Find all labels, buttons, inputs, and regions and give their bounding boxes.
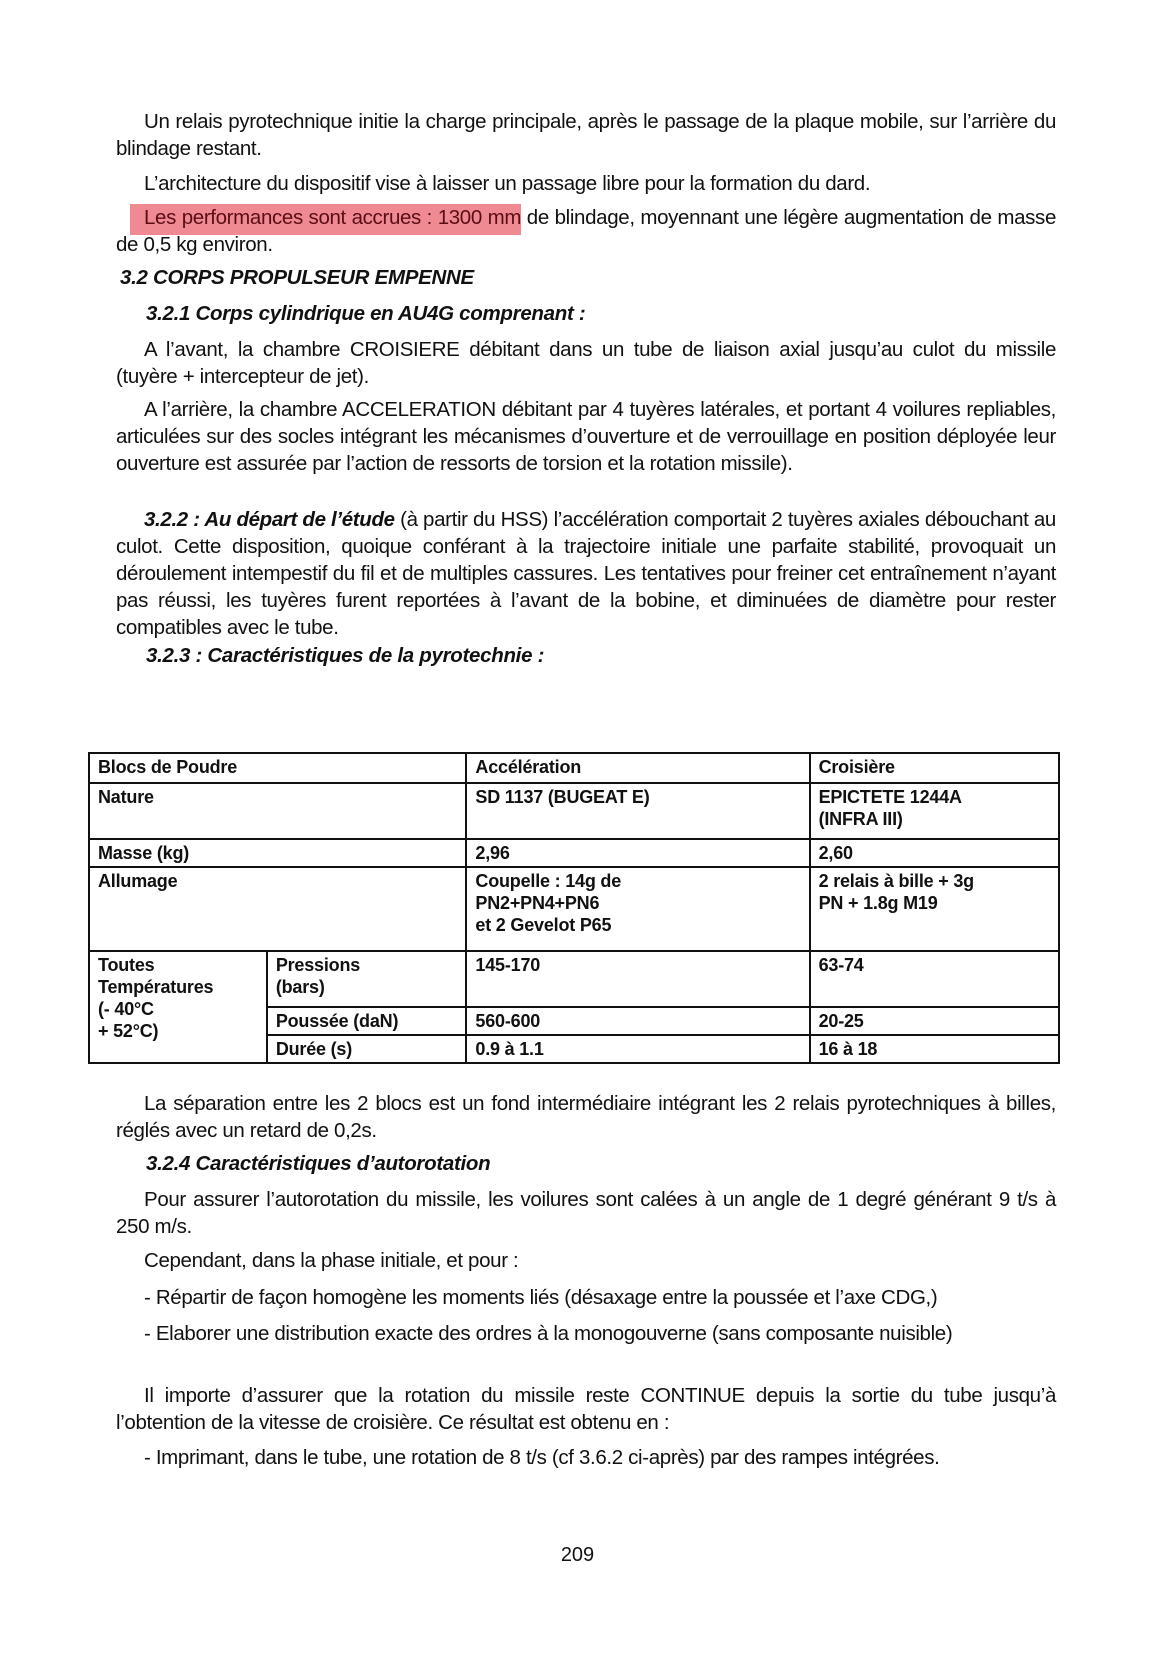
- paragraph-continue: Il importe d’assurer que la rotation du …: [116, 1382, 1056, 1436]
- table-cell: Poussée (daN): [267, 1007, 467, 1035]
- paragraph-separation: La séparation entre les 2 blocs est un f…: [116, 1090, 1056, 1144]
- table-cell: Pressions(bars): [267, 951, 467, 1007]
- table-header-cell: Accélération: [466, 753, 809, 783]
- list-item-imprimant: - Imprimant, dans le tube, une rotation …: [116, 1444, 1056, 1471]
- table-cell: 2 relais à bille + 3gPN + 1.8g M19: [810, 867, 1059, 951]
- table-cell: 0.9 à 1.1: [466, 1035, 809, 1063]
- paragraph-cependant: Cependant, dans la phase initiale, et po…: [116, 1247, 1056, 1274]
- table-cell: 2,96: [466, 839, 809, 867]
- table-cell: 2,60: [810, 839, 1059, 867]
- paragraph-depart-etude: 3.2.2 : Au départ de l’étude (à partir d…: [116, 506, 1056, 641]
- table-cell: 145-170: [466, 951, 809, 1007]
- paragraph-architecture: L’architecture du dispositif vise à lais…: [116, 170, 1056, 197]
- cell-line: Toutes: [98, 954, 258, 976]
- table-cell: 63-74: [810, 951, 1059, 1007]
- table-cell: Allumage: [89, 867, 466, 951]
- cell-line: 2 relais à bille + 3g: [819, 870, 1050, 892]
- table-row: Masse (kg) 2,96 2,60: [89, 839, 1059, 867]
- table-header-cell: Blocs de Poudre: [89, 753, 466, 783]
- table-row: ToutesTempératures(- 40°C+ 52°C) Pressio…: [89, 951, 1059, 1007]
- table-cell: SD 1137 (BUGEAT E): [466, 783, 809, 839]
- heading-3-2: 3.2 CORPS PROPULSEUR EMPENNE: [120, 264, 474, 291]
- heading-3-2-4: 3.2.4 Caractéristiques d’autorotation: [146, 1150, 490, 1177]
- cell-line: PN2+PN4+PN6: [475, 892, 800, 914]
- cell-line: EPICTETE 1244A: [819, 786, 1050, 808]
- table-cell: 20-25: [810, 1007, 1059, 1035]
- cell-line: + 52°C): [98, 1020, 258, 1042]
- paragraph-arriere: A l’arrière, la chambre ACCELERATION déb…: [116, 396, 1056, 477]
- cell-line: PN + 1.8g M19: [819, 892, 1050, 914]
- paragraph-depart-etude-lead: 3.2.2 : Au départ de l’étude: [144, 508, 395, 531]
- page-number: 209: [0, 1544, 1155, 1567]
- paragraph-avant: A l’avant, la chambre CROISIERE débitant…: [116, 336, 1056, 390]
- heading-3-2-3: 3.2.3 : Caractéristiques de la pyrotechn…: [146, 642, 544, 669]
- table-cell: 560-600: [466, 1007, 809, 1035]
- list-item-elaborer: - Elaborer une distribution exacte des o…: [116, 1320, 1056, 1347]
- paragraph-autorotation: Pour assurer l’autorotation du missile, …: [116, 1186, 1056, 1240]
- table-cell: EPICTETE 1244A(INFRA III): [810, 783, 1059, 839]
- cell-line: Coupelle : 14g de: [475, 870, 800, 892]
- table-cell: Masse (kg): [89, 839, 466, 867]
- heading-3-2-1: 3.2.1 Corps cylindrique en AU4G comprena…: [146, 300, 585, 327]
- table-row: Nature SD 1137 (BUGEAT E) EPICTETE 1244A…: [89, 783, 1059, 839]
- paragraph-performances: Les performances sont accrues : 1300 mm …: [116, 204, 1056, 258]
- cell-line: Pressions: [276, 954, 458, 976]
- table-cell: 16 à 18: [810, 1035, 1059, 1063]
- list-item-repartir: - Répartir de façon homogène les moments…: [116, 1284, 1056, 1311]
- table-row: Blocs de Poudre Accélération Croisière: [89, 753, 1059, 783]
- table-cell-temperatures: ToutesTempératures(- 40°C+ 52°C): [89, 951, 267, 1063]
- document-page: Un relais pyrotechnique initie la charge…: [0, 0, 1155, 1664]
- table-cell: Coupelle : 14g dePN2+PN4+PN6et 2 Gevelot…: [466, 867, 809, 951]
- paragraph-relais: Un relais pyrotechnique initie la charge…: [116, 108, 1056, 162]
- table-header-cell: Croisière: [810, 753, 1059, 783]
- table-row: Allumage Coupelle : 14g dePN2+PN4+PN6et …: [89, 867, 1059, 951]
- cell-line: et 2 Gevelot P65: [475, 914, 800, 936]
- cell-line: Températures: [98, 976, 258, 998]
- cell-line: (INFRA III): [819, 808, 1050, 830]
- highlighted-text: Les performances sont accrues : 1300 mm: [130, 204, 521, 235]
- table-cell: Durée (s): [267, 1035, 467, 1063]
- pyrotechnie-table: Blocs de Poudre Accélération Croisière N…: [88, 752, 1060, 1064]
- cell-line: (- 40°C: [98, 998, 258, 1020]
- cell-line: (bars): [276, 976, 458, 998]
- table-cell: Nature: [89, 783, 466, 839]
